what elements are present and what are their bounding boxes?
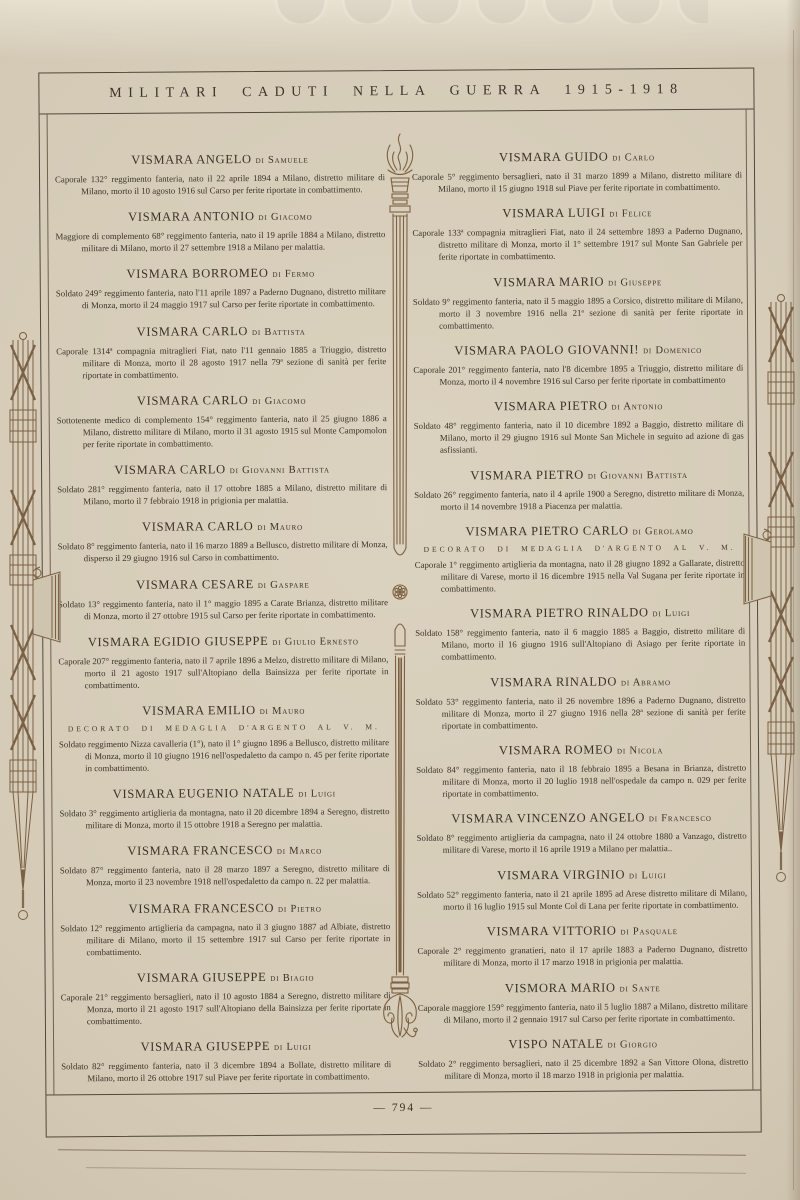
soldier-surname-given: VISMARA CARLO — [137, 324, 249, 339]
soldier-name: VISMARA ANTONIO di Giacomo — [55, 208, 385, 225]
soldier-patronymic: di Giulio Ernesto — [272, 636, 358, 648]
soldier-patronymic: di Luigi — [298, 789, 336, 800]
soldier-entry: VISMARA GIUSEPPE di Luigi Soldato 82° re… — [61, 1038, 391, 1085]
soldier-entry: VISMORA MARIO di Sante Caporale maggiore… — [418, 979, 748, 1026]
soldier-record: Soldato 8° reggimento fanteria, nato il … — [58, 539, 388, 565]
soldier-name: VISMARA EMILIO di Mauro — [59, 702, 389, 719]
soldier-name: VISMARA VITTORIO di Pasquale — [417, 923, 747, 940]
soldier-surname-given: VISMARA FRANCESCO — [127, 843, 273, 858]
soldier-record: Caporale 5° reggimento bersaglieri, nato… — [412, 170, 742, 196]
soldier-surname-given: VISMARA VITTORIO — [487, 924, 617, 939]
soldier-record: Soldato 3° reggimento artiglieria da mon… — [59, 806, 389, 832]
soldier-patronymic: di Nicola — [617, 745, 663, 756]
soldier-entry: VISMARA CARLO di Battista Caporale 1314ª… — [56, 323, 386, 382]
soldier-name: VISMARA CARLO di Giovanni Battista — [57, 461, 387, 478]
soldier-surname-given: VISMARA CARLO — [114, 462, 226, 477]
soldier-record: Soldato 48° reggimento fanteria, nato il… — [414, 419, 744, 457]
soldier-record: Soldato 26° reggimento fanteria, nato il… — [414, 487, 744, 513]
page-footer: — 794 — — [46, 1089, 760, 1136]
soldier-entry: VISMARA VIRGINIO di Luigi Soldato 52° re… — [417, 866, 747, 913]
soldier-record: Soldato 53° reggimento fanteria, nato il… — [416, 694, 746, 732]
soldier-patronymic: di Giorgio — [608, 1039, 658, 1050]
embossed-scallop-edge — [268, 0, 708, 24]
soldier-surname-given: VISMARA PIETRO RINALDO — [470, 606, 649, 621]
soldier-record: Soldato 281° reggimento fanteria, nato i… — [57, 482, 387, 508]
soldier-record: Soldato 52° reggimento fanteria, nato il… — [417, 887, 747, 913]
soldier-entry: VISMARA FRANCESCO di Marco Soldato 87° r… — [60, 842, 390, 889]
soldier-patronymic: di Sante — [620, 983, 661, 994]
soldier-name: VISMARA CARLO di Battista — [56, 323, 386, 340]
soldier-name: VISMARA CARLO di Giacomo — [57, 392, 387, 409]
soldier-record: Soldato reggimento Nizza cavalleria (1°)… — [59, 737, 389, 775]
soldier-surname-given: VISMARA EUGENIO NATALE — [113, 786, 295, 801]
soldier-name: VISMARA PIETRO CARLO di Gerolamo — [414, 523, 744, 540]
soldier-entry: VISMARA ANGELO di Samuele Caporale 132° … — [55, 151, 385, 198]
soldier-name: VISMARA PIETRO di Giovanni Battista — [414, 466, 744, 483]
soldier-patronymic: di Giacomo — [252, 396, 306, 407]
soldier-surname-given: VISMARA BORROMEO — [126, 266, 268, 281]
soldier-name: VISMARA ROMEO di Nicola — [416, 742, 746, 759]
page-number: — 794 — — [373, 1102, 433, 1114]
soldier-name: VISMARA PIETRO di Antonio — [414, 398, 744, 415]
soldier-surname-given: VISMARA GUIDO — [499, 150, 609, 165]
book-edge-line — [86, 1167, 746, 1174]
soldier-name: VISMARA PIETRO RINALDO di Luigi — [415, 605, 745, 622]
soldier-surname-given: VISMARA CARLO — [137, 393, 249, 408]
soldier-record: Soldato 82° reggimento fanteria, nato il… — [61, 1059, 391, 1085]
soldier-patronymic: di Gaspare — [258, 579, 310, 590]
soldier-record: Soldato 249° reggimento fanteria, nato l… — [56, 287, 386, 313]
soldier-record: Soldato 12° reggimento artiglieria da ca… — [60, 921, 390, 959]
soldier-surname-given: VISMARA ANGELO — [131, 152, 252, 167]
soldier-record: Caporale 21° reggimento bersaglieri, nat… — [61, 990, 391, 1028]
soldier-entry: VISMARA GUIDO di Carlo Caporale 5° reggi… — [412, 149, 742, 196]
soldier-name: VISMARA EUGENIO NATALE di Luigi — [59, 785, 389, 802]
soldier-entry: VISMARA ANTONIO di Giacomo Maggiore di c… — [55, 208, 385, 255]
soldier-name: VISMARA VIRGINIO di Luigi — [417, 866, 747, 883]
column-left: VISMARA ANGELO di Samuele Caporale 132° … — [55, 151, 391, 1085]
soldier-entry: VISMARA VINCENZO ANGELO di Francesco Sol… — [416, 810, 746, 857]
soldier-name: VISMARA CESARE di Gaspare — [58, 576, 388, 593]
soldier-name: VISMARA EGIDIO GIUSEPPE di Giulio Ernest… — [58, 633, 388, 650]
soldier-entry: VISMARA RINALDO di Abramo Soldato 53° re… — [416, 673, 746, 732]
honor-line: DECORATO DI MEDAGLIA D'ARGENTO AL V. M. — [59, 722, 389, 733]
soldier-record: Soldato 9° reggimento fanteria, nato il … — [413, 294, 743, 332]
soldier-entry: VISMARA EGIDIO GIUSEPPE di Giulio Ernest… — [58, 633, 388, 692]
soldier-entry: VISMARA CESARE di Gaspare Soldato 13° re… — [58, 576, 388, 623]
soldier-surname-given: VISMARA VINCENZO ANGELO — [451, 811, 645, 826]
soldier-surname-given: VISMARA PAOLO GIOVANNI! — [454, 342, 639, 357]
soldier-surname-given: VISMARA EMILIO — [142, 703, 256, 718]
soldier-surname-given: VISMORA MARIO — [505, 980, 616, 995]
soldier-patronymic: di Mauro — [260, 706, 306, 717]
soldier-patronymic: di Giovanni Battista — [588, 470, 688, 482]
soldier-patronymic: di Pasquale — [620, 926, 677, 937]
soldier-surname-given: VISMARA ANTONIO — [128, 209, 255, 224]
soldier-entry: VISMARA ROMEO di Nicola Soldato 84° regg… — [416, 742, 746, 801]
soldier-patronymic: di Francesco — [649, 813, 712, 824]
soldier-entry: VISMARA CARLO di Giovanni Battista Solda… — [57, 461, 387, 508]
honor-line: DECORATO DI MEDAGLIA D'ARGENTO AL V. M. — [415, 543, 745, 554]
soldier-patronymic: di Pietro — [278, 903, 322, 914]
soldier-name: VISMARA VINCENZO ANGELO di Francesco — [416, 810, 746, 827]
soldier-record: Sottotenente medico di complemento 154° … — [57, 413, 387, 451]
soldier-surname-given: VISMARA GIUSEPPE — [140, 1039, 270, 1054]
soldier-entry: VISMARA EUGENIO NATALE di Luigi Soldato … — [59, 785, 389, 832]
soldier-entry: VISMARA EMILIO di Mauro DECORATO DI MEDA… — [59, 702, 389, 775]
soldier-record: Soldato 158° reggimento fanteria, nato i… — [415, 626, 745, 664]
soldier-name: VISMARA RINALDO di Abramo — [416, 673, 746, 690]
page-title: MILITARI CADUTI NELLA GUERRA 1915-1918 — [39, 69, 753, 115]
soldier-patronymic: di Biagio — [270, 972, 314, 983]
soldier-name: VISMARA PAOLO GIOVANNI! di Domenico — [413, 342, 743, 359]
soldier-name: VISMORA MARIO di Sante — [418, 979, 748, 996]
soldier-name: VISMARA FRANCESCO di Pietro — [60, 900, 390, 917]
soldier-record: Soldato 13° reggimento fanteria, nato il… — [58, 597, 388, 623]
soldier-entry: VISMARA GIUSEPPE di Biagio Caporale 21° … — [61, 969, 391, 1028]
soldier-entry: VISMARA PIETRO di Antonio Soldato 48° re… — [414, 398, 744, 457]
soldier-entry: VISMARA CARLO di Giacomo Sottotenente me… — [57, 392, 387, 451]
soldier-name: VISPO NATALE di Giorgio — [418, 1036, 748, 1053]
soldier-patronymic: di Mauro — [257, 522, 303, 533]
soldier-patronymic: di Fermo — [272, 269, 315, 280]
soldier-record: Soldato 8° reggimento artiglieria da cam… — [417, 831, 747, 857]
soldier-name: VISMARA BORROMEO di Fermo — [56, 266, 386, 283]
soldier-patronymic: di Giovanni Battista — [230, 465, 330, 477]
inner-left-rule — [47, 114, 55, 1094]
soldier-patronymic: di Giacomo — [258, 212, 312, 223]
soldier-name: VISMARA ANGELO di Samuele — [55, 151, 385, 168]
soldier-patronymic: di Domenico — [643, 345, 702, 356]
soldier-name: VISMARA GIUSEPPE di Luigi — [61, 1038, 391, 1055]
soldier-surname-given: VISMARA PIETRO — [494, 399, 608, 414]
soldier-patronymic: di Battista — [252, 326, 306, 337]
soldier-surname-given: VISMARA RINALDO — [490, 674, 617, 689]
soldier-surname-given: VISMARA CARLO — [142, 519, 254, 534]
soldier-entry: VISMARA BORROMEO di Fermo Soldato 249° r… — [56, 266, 386, 313]
soldier-record: Soldato 2° reggimento bersaglieri, nato … — [418, 1057, 748, 1083]
soldier-surname-given: VISMARA VIRGINIO — [497, 867, 625, 882]
soldier-surname-given: VISPO NATALE — [508, 1037, 603, 1052]
soldier-entry: VISMARA VITTORIO di Pasquale Caporale 2°… — [417, 923, 747, 970]
soldier-patronymic: di Gerolamo — [633, 526, 694, 537]
soldier-name: VISMARA LUIGI di Felice — [412, 205, 742, 222]
soldier-name: VISMARA GUIDO di Carlo — [412, 149, 742, 166]
scanned-book-page: { "page": { "title": "MILITARI CADUTI NE… — [0, 0, 800, 1200]
soldier-entry: VISMARA PAOLO GIOVANNI! di Domenico Capo… — [413, 342, 743, 389]
soldier-surname-given: VISMARA LUIGI — [502, 206, 605, 221]
soldier-surname-given: VISMARA PIETRO — [470, 467, 584, 482]
soldier-surname-given: VISMARA ROMEO — [499, 743, 613, 758]
column-right: VISMARA GUIDO di Carlo Caporale 5° reggi… — [412, 149, 748, 1083]
soldier-record: Caporale 2° reggimento granatieri, nato … — [417, 944, 747, 970]
page-edge-line — [793, 30, 794, 1190]
soldier-patronymic: di Abramo — [621, 677, 671, 688]
soldier-entry: VISMARA PIETRO RINALDO di Luigi Soldato … — [415, 605, 745, 664]
soldier-entry: VISMARA CARLO di Mauro Soldato 8° reggim… — [57, 518, 387, 565]
soldier-entry: VISMARA PIETRO CARLO di Gerolamo DECORAT… — [414, 523, 744, 596]
soldier-record: Caporale 132° reggimento fanteria, nato … — [55, 172, 385, 198]
soldier-surname-given: VISMARA MARIO — [493, 274, 604, 289]
soldier-entry: VISMARA FRANCESCO di Pietro Soldato 12° … — [60, 900, 390, 959]
soldier-patronymic: di Giuseppe — [608, 277, 662, 288]
soldier-patronymic: di Luigi — [274, 1042, 312, 1053]
soldier-record: Caporale 133ª compagnia mitraglieri Fiat… — [412, 226, 742, 264]
soldier-record: Caporale 1314ª compagnia mitraglieri Fia… — [56, 344, 386, 382]
soldier-record: Caporale 207° reggimento fanteria, nato … — [58, 654, 388, 692]
soldier-patronymic: di Marco — [277, 846, 322, 857]
soldier-surname-given: VISMARA EGIDIO GIUSEPPE — [88, 634, 269, 649]
soldier-patronymic: di Luigi — [629, 870, 667, 881]
soldier-patronymic: di Luigi — [652, 608, 690, 619]
soldier-record: Caporale 1° reggimento artiglieria da mo… — [415, 558, 745, 596]
printed-frame: MILITARI CADUTI NELLA GUERRA 1915-1918 V… — [38, 68, 761, 1138]
soldier-patronymic: di Carlo — [612, 152, 655, 163]
soldier-entry: VISPO NATALE di Giorgio Soldato 2° reggi… — [418, 1036, 748, 1083]
soldier-record: Soldato 84° reggimento fanteria, nato il… — [416, 763, 746, 801]
soldier-name: VISMARA GIUSEPPE di Biagio — [61, 969, 391, 986]
soldier-record: Maggiore di complemento 68° reggimento f… — [55, 229, 385, 255]
soldier-surname-given: VISMARA GIUSEPPE — [137, 970, 267, 985]
soldier-name: VISMARA CARLO di Mauro — [57, 518, 387, 535]
soldier-patronymic: di Felice — [609, 209, 652, 220]
soldier-record: Caporale maggiore 159° reggimento fanter… — [418, 1000, 748, 1026]
soldier-surname-given: VISMARA PIETRO CARLO — [465, 524, 628, 539]
book-edge-line — [58, 1149, 746, 1155]
soldier-patronymic: di Antonio — [611, 402, 663, 413]
soldier-entry: VISMARA PIETRO di Giovanni Battista Sold… — [414, 466, 744, 513]
soldier-record: Soldato 87° reggimento fanteria, nato il… — [60, 863, 390, 889]
soldier-name: VISMARA MARIO di Giuseppe — [413, 273, 743, 290]
soldier-patronymic: di Samuele — [256, 155, 309, 166]
soldier-entry: VISMARA LUIGI di Felice Caporale 133ª co… — [412, 205, 742, 264]
soldier-entry: VISMARA MARIO di Giuseppe Soldato 9° reg… — [413, 273, 743, 332]
soldier-name: VISMARA FRANCESCO di Marco — [60, 842, 390, 859]
soldier-surname-given: VISMARA FRANCESCO — [129, 901, 275, 916]
soldier-surname-given: VISMARA CESARE — [136, 577, 254, 592]
soldier-record: Caporale 201° reggimento fanteria, nato … — [413, 363, 743, 389]
